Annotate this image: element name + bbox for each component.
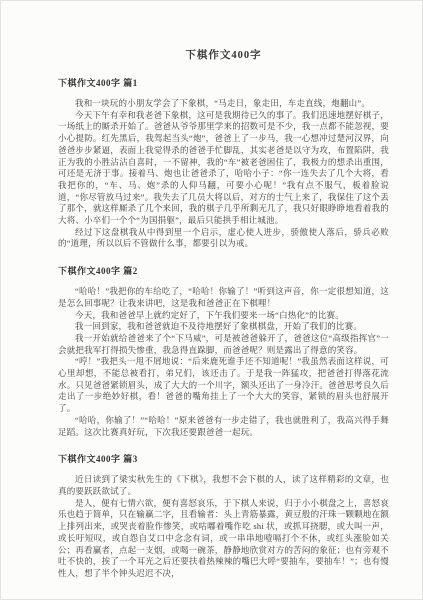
paragraph: 经过下这盘棋我从中得到里一个启示，虚心使人进步，骄傲使人落后，骄兵必败的“道理，… xyxy=(58,227,389,250)
paragraph: 我一回到家，我和爸爸就迫不及待地摆好了象棋棋盘，开始了我们的比赛。 xyxy=(58,321,389,333)
paragraph: “哈哈！”我把你的车给吃了，“哈哈！你输了！”听到这声音，你一定很想知道，这是怎… xyxy=(58,286,389,309)
paragraph: 今天，我和爸爸早上就约定好了，下午我们要来一场“白热化”的比赛。 xyxy=(58,310,389,322)
paragraph: 今天下午有幸和我老爸下象棋，这可是我期待已久的事了。我们迅速地摆好棋子，一场纸上… xyxy=(58,110,389,227)
paragraph: “哈哈，你输了！”“哈哈！”原来爸爸有一步走错了，我也就胜利了，我高兴得手舞足蹈… xyxy=(58,415,389,438)
document-sections: 下棋作文400字 篇1我和一块玩的小朋友学会了下象棋，“马走日，象走田，车走直线… xyxy=(58,77,389,580)
paragraph: 我一开始就给爸爸来了个“下马威”，可是被爸爸躲开了，爸爸这位“高级指挥官”一会就… xyxy=(58,333,389,356)
page-title: 下棋作文400字 xyxy=(58,49,389,62)
paragraph: “哼！”我把头一甩不屑地说：“后来鹿死谁手还不知道呢！”我虽然表面这样说，可心里… xyxy=(58,356,389,415)
section-heading: 下棋作文400字 篇2 xyxy=(58,265,389,277)
section-heading: 下棋作文400字 篇3 xyxy=(58,453,389,465)
section-heading: 下棋作文400字 篇1 xyxy=(58,77,389,89)
paragraph: 我和一块玩的小朋友学会了下象棋，“马走日，象走田，车走直线，炮翻山”。 xyxy=(58,98,389,110)
paragraph: 是人，便有七情六欲，便有喜怒哀乐，于下棋人来说，归于小小棋盘之上，喜怒哀乐也趋于… xyxy=(58,498,389,580)
paragraph: 近日读到了梁实秋先生的《下棋》，我想不会下棋的人，读了这样精彩的文章，也真的要跃… xyxy=(58,474,389,497)
document-page: 下棋作文400字 下棋作文400字 篇1我和一块玩的小朋友学会了下象棋，“马走日… xyxy=(0,0,423,600)
